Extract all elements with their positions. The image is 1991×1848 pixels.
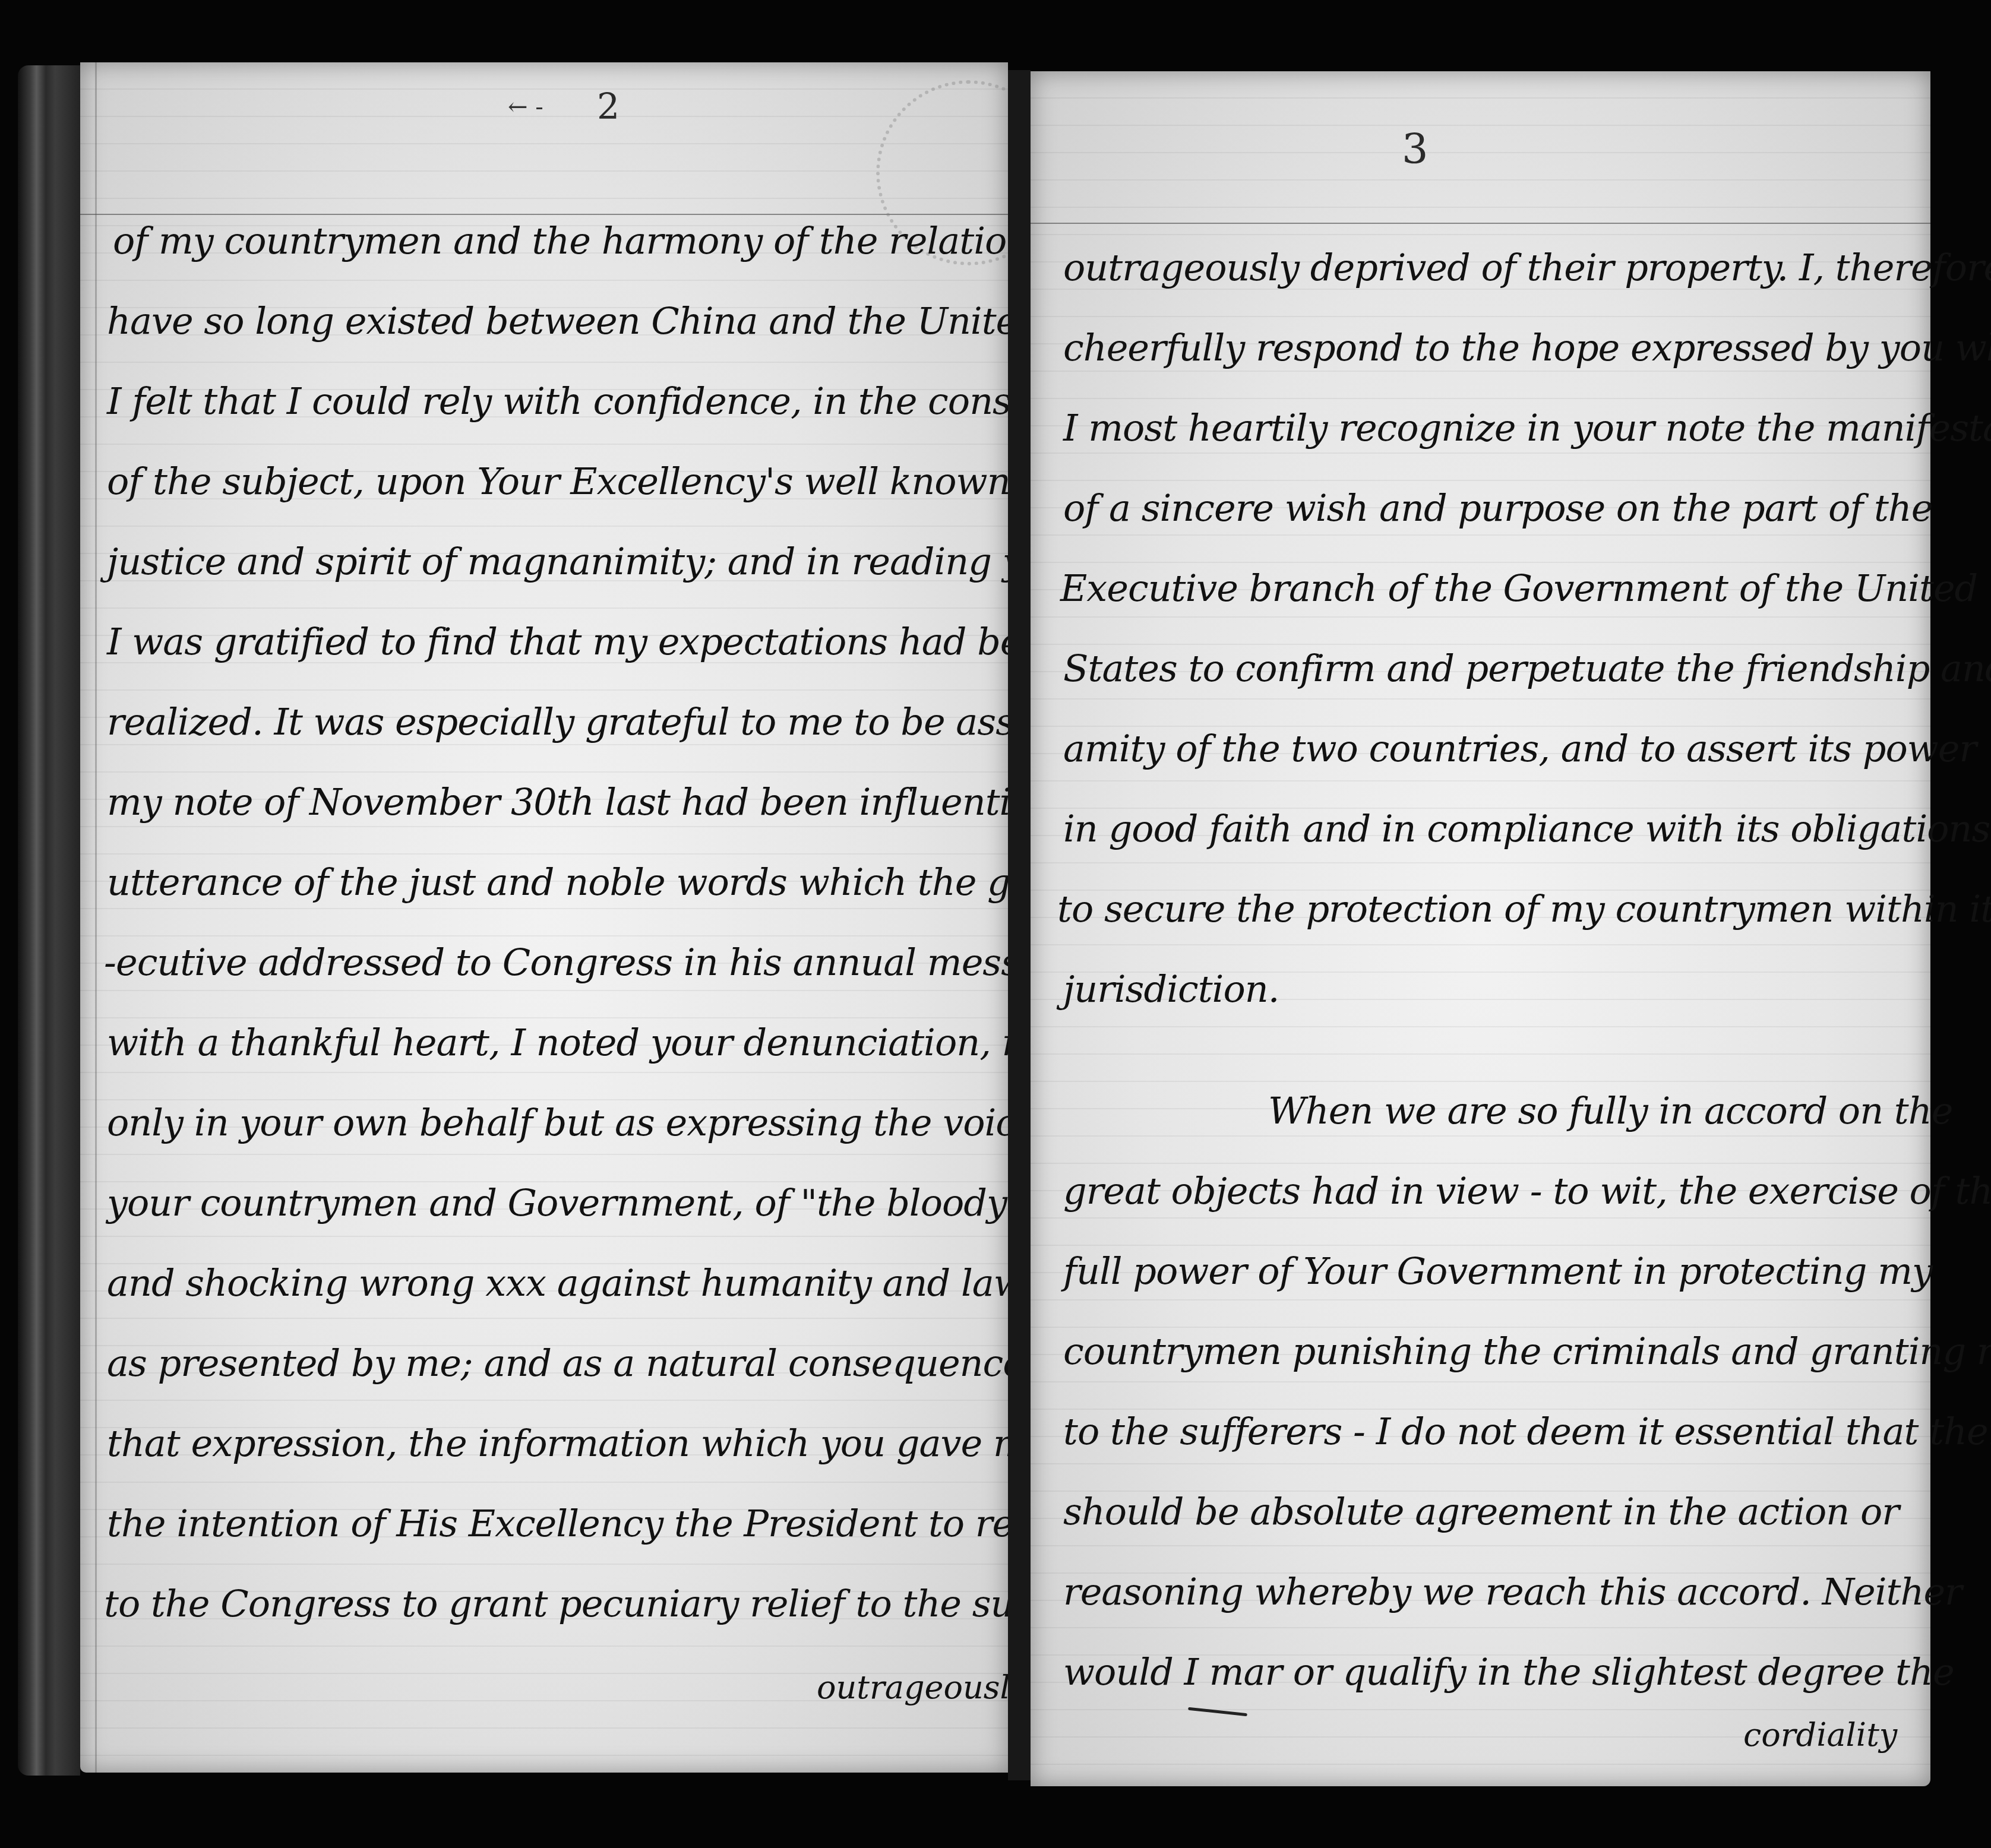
page-gutter bbox=[1008, 70, 1031, 1780]
page-number: 3 bbox=[1402, 125, 1429, 173]
text-line: with a thankful heart, I noted your denu… bbox=[107, 1024, 1061, 1061]
catchword: outrageously bbox=[817, 1669, 1028, 1706]
text-line: great objects had in view - to wit, the … bbox=[1063, 1173, 1991, 1210]
text-line: cheerfully respond to the hope expressed… bbox=[1063, 330, 1991, 366]
page-number: 2 bbox=[597, 86, 620, 128]
text-line: to secure the protection of my countryme… bbox=[1057, 891, 1991, 928]
text-line: that expression, the information which y… bbox=[107, 1425, 1094, 1462]
right-page: 3 outrageously deprived of their propert… bbox=[1031, 71, 1930, 1786]
catchword: cordiality bbox=[1743, 1716, 1897, 1754]
top-margin-rule bbox=[1031, 223, 1930, 224]
text-line: and shocking wrong xxx against humanity … bbox=[107, 1265, 1052, 1302]
text-line: to the sufferers - I do not deem it esse… bbox=[1063, 1413, 1991, 1450]
text-line: amity of the two countries, and to asser… bbox=[1063, 730, 1976, 767]
top-margin-rule bbox=[80, 214, 1008, 215]
text-line: I most heartily recognize in your note t… bbox=[1063, 410, 1991, 447]
text-line: utterance of the just and noble words wh… bbox=[107, 864, 1153, 901]
text-line: jurisdiction. bbox=[1063, 971, 1279, 1008]
text-line: countrymen punishing the criminals and g… bbox=[1063, 1333, 1991, 1370]
text-line: would I mar or qualify in the slightest … bbox=[1063, 1654, 1954, 1691]
margin-rule bbox=[95, 62, 97, 1773]
text-line: as presented by me; and as a natural con… bbox=[107, 1345, 1070, 1382]
text-line: only in your own behalf but as expressin… bbox=[107, 1105, 1083, 1141]
book-binding-edge bbox=[18, 65, 80, 1776]
left-page: ← - 2 of my countrymen and the harmony o… bbox=[80, 62, 1008, 1773]
text-line: should be absolute agreement in the acti… bbox=[1063, 1493, 1899, 1530]
text-line: When we are so fully in accord on the bbox=[1268, 1093, 1952, 1129]
text-line: States to confirm and perpetuate the fri… bbox=[1063, 650, 1991, 687]
text-line: my note of November 30th last had been i… bbox=[107, 784, 1158, 821]
page-mark: ← - bbox=[508, 93, 543, 121]
text-line: full power of Your Government in protect… bbox=[1063, 1253, 1932, 1290]
text-line: outrageously deprived of their property.… bbox=[1063, 249, 1991, 286]
text-line: in good faith and in compliance with its… bbox=[1063, 811, 1991, 847]
text-line: Executive branch of the Government of th… bbox=[1060, 570, 1977, 607]
text-line: reasoning whereby we reach this accord. … bbox=[1063, 1574, 1962, 1610]
pen-stroke bbox=[1188, 1707, 1247, 1716]
text-line: of a sincere wish and purpose on the par… bbox=[1063, 490, 1932, 527]
